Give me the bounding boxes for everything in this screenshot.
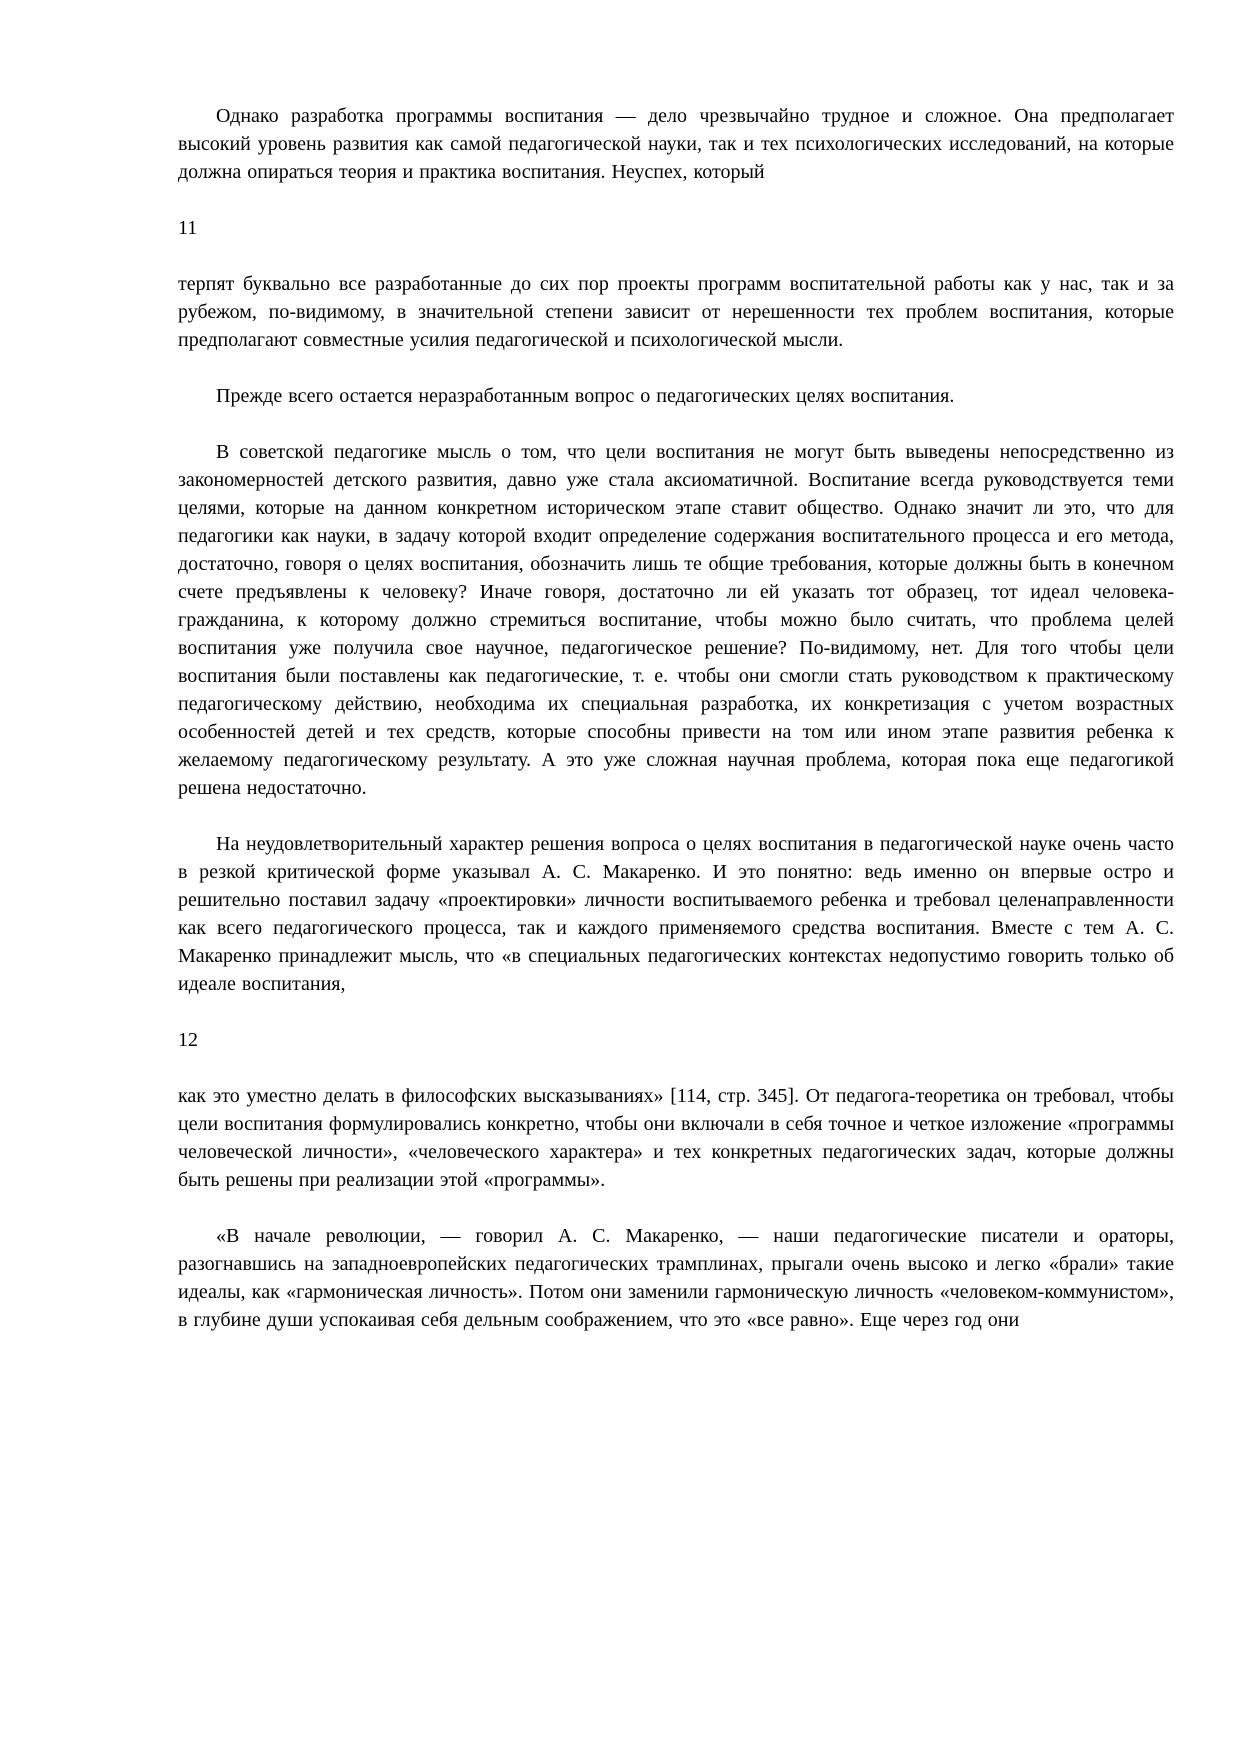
body-paragraph: терпят буквально все разработанные до си… xyxy=(178,270,1174,354)
document-page: Однако разработка программы воспитания —… xyxy=(0,0,1240,1754)
body-paragraph: В советской педагогике мысль о том, что … xyxy=(178,438,1174,802)
page-number: 12 xyxy=(178,1026,1174,1054)
body-paragraph: «В начале революции, — говорил А. С. Мак… xyxy=(178,1222,1174,1334)
body-paragraph: Прежде всего остается неразработанным во… xyxy=(178,382,1174,410)
page-number: 11 xyxy=(178,214,1174,242)
body-paragraph: Однако разработка программы воспитания —… xyxy=(178,102,1174,186)
text-column: Однако разработка программы воспитания —… xyxy=(178,102,1174,1334)
body-paragraph: На неудовлетворительный характер решения… xyxy=(178,830,1174,998)
body-paragraph: как это уместно делать в философских выс… xyxy=(178,1082,1174,1194)
